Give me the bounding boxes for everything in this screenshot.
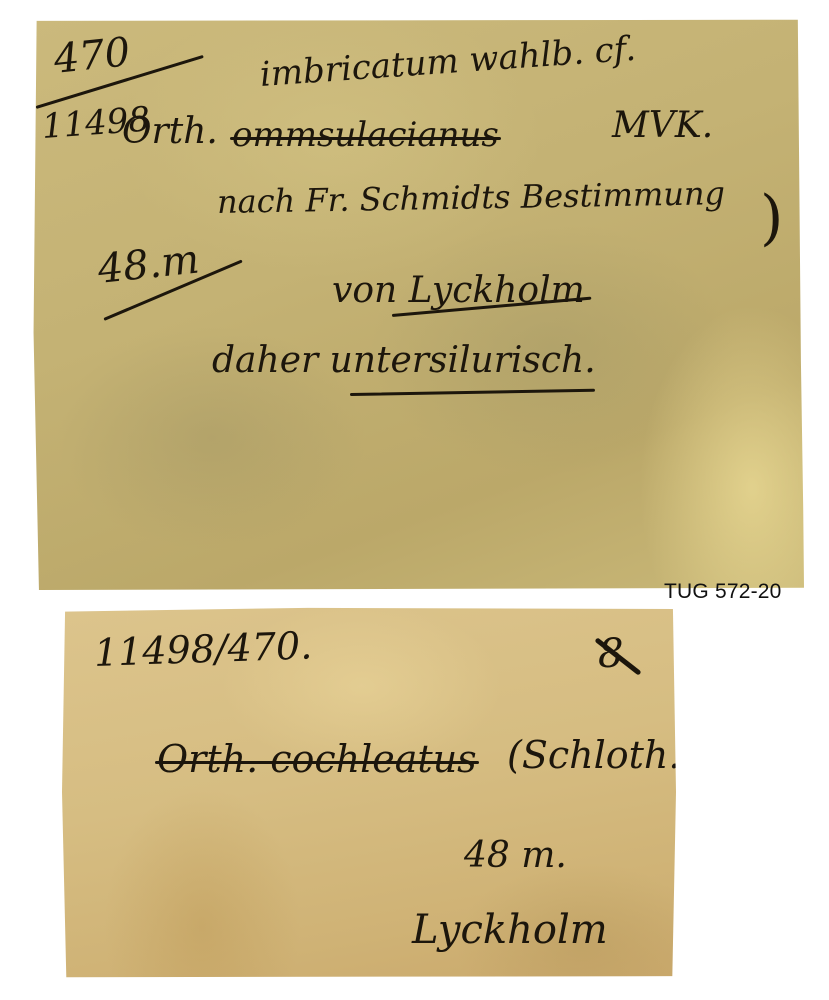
specimen-id-caption: TUG 572-20 [664, 580, 782, 604]
bracket-mark: ) [760, 188, 783, 248]
species-struck: Orth. cochleatus [157, 740, 477, 778]
species-struck-line: Orth. cochleatus [157, 740, 477, 778]
species-struck: ommsulacianus [232, 118, 499, 152]
species-correction: imbricatum wahlb. cf. [259, 32, 637, 92]
locality-line: von Lyckholm [332, 273, 585, 309]
depth-note: 48 m. [464, 838, 567, 874]
determination-line: nach Fr. Schmidts Bestimmung [217, 177, 726, 218]
species-author: MVK. [612, 108, 713, 144]
species-genus: Orth. [122, 114, 218, 150]
stratigraphy-line: daher untersilurisch. [212, 343, 596, 379]
stratigraphy-underline [350, 389, 595, 396]
fraction-numerator: 470 [52, 32, 132, 80]
catalog-number: 11498/470. [93, 626, 312, 672]
species-struck-line: ommsulacianus [232, 118, 499, 152]
specimen-label-top: 470 11498 imbricatum wahlb. cf. Orth. om… [32, 18, 804, 590]
species-author: (Schloth.) [507, 736, 676, 774]
crossed-number: 8 [598, 634, 623, 674]
locality: Lyckholm [412, 910, 608, 950]
specimen-label-bottom: 11498/470. 8 Orth. cochleatus (Schloth.)… [62, 606, 676, 978]
